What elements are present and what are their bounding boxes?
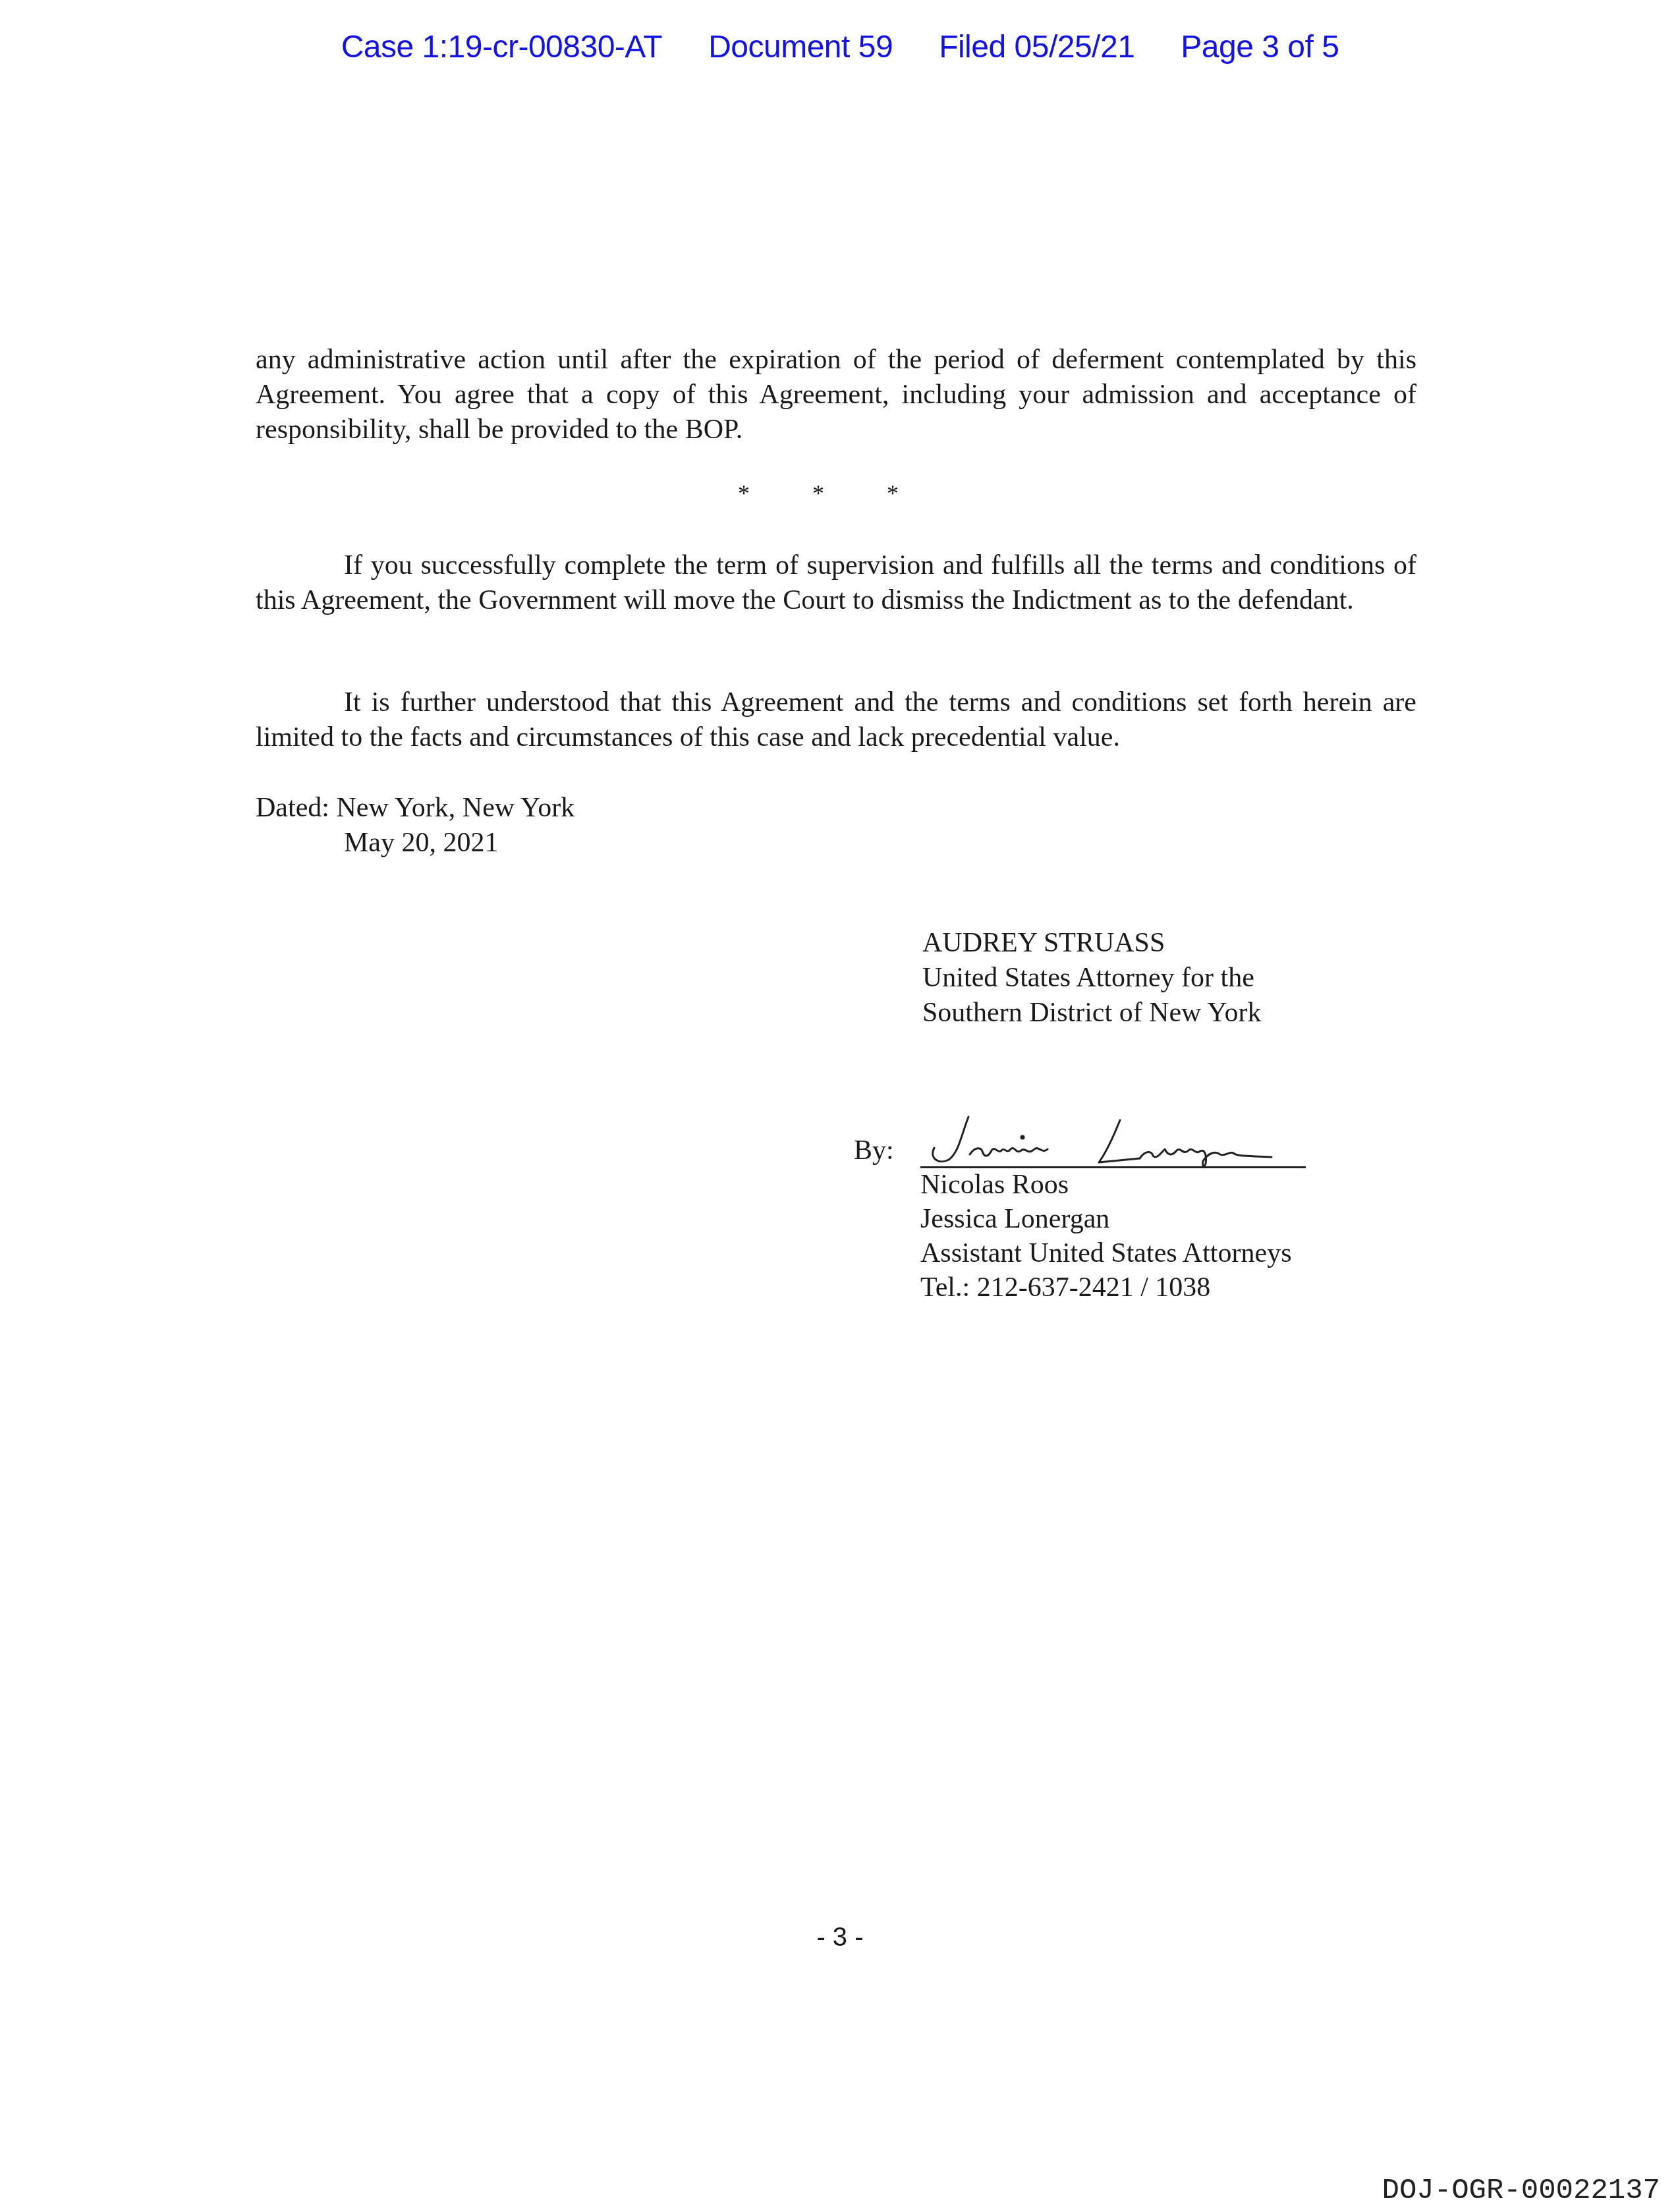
paragraph-bop: any administrative action until after th…: [256, 343, 1416, 447]
handwritten-signature: [922, 1107, 1311, 1170]
separator-star: *: [887, 480, 899, 507]
signer-name: Jessica Lonergan: [920, 1202, 1291, 1236]
case-number: Case 1:19-cr-00830-AT: [341, 29, 663, 65]
ecf-header: Case 1:19-cr-00830-AT Document 59 Filed …: [0, 29, 1680, 65]
signer-title: Assistant United States Attorneys: [920, 1236, 1291, 1270]
filed-date: Filed 05/25/21: [939, 29, 1134, 65]
us-attorney-title-2: Southern District of New York: [922, 996, 1261, 1031]
signer-name: Nicolas Roos: [920, 1168, 1291, 1202]
paragraph-precedential: It is further understood that this Agree…: [256, 685, 1416, 755]
page-indicator: Page 3 of 5: [1181, 29, 1339, 65]
us-attorney-title-1: United States Attorney for the: [922, 961, 1261, 996]
separator-star: *: [812, 480, 824, 507]
dated-block: Dated: New York, New York May 20, 2021: [256, 791, 574, 861]
bates-number: DOJ-OGR-00022137: [1382, 2174, 1660, 2207]
page-number: - 3 -: [0, 1923, 1680, 1952]
paragraph-dismissal: If you successfully complete the term of…: [256, 548, 1416, 618]
signer-block: Nicolas Roos Jessica Lonergan Assistant …: [920, 1168, 1291, 1305]
signer-telephone: Tel.: 212-637-2421 / 1038: [920, 1270, 1291, 1305]
by-label: By:: [854, 1135, 894, 1166]
document-number: Document 59: [708, 29, 893, 65]
us-attorney-name: AUDREY STRUASS: [922, 926, 1261, 961]
us-attorney-block: AUDREY STRUASS United States Attorney fo…: [922, 926, 1261, 1031]
dated-place: Dated: New York, New York: [256, 791, 574, 826]
section-separator: * * *: [738, 480, 899, 507]
separator-star: *: [738, 480, 750, 507]
dated-date: May 20, 2021: [256, 826, 574, 861]
